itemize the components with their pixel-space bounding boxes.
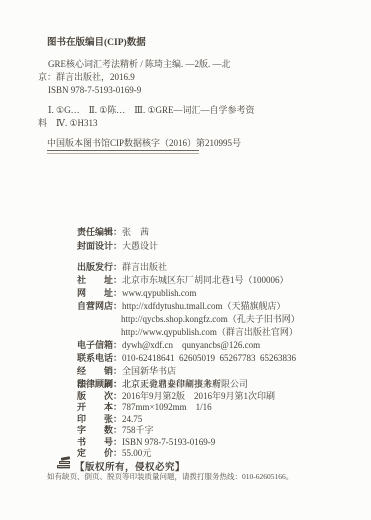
service-hotline-text: 如有缺页、倒页、脱页等印装质量问题，请拨打服务热线：010-62605166。: [0, 471, 371, 482]
publication-row: 出版发行： 群言出版社: [0, 261, 371, 274]
publication-row: 社 址： 北京市东城区东厂胡同北巷1号（100006）: [0, 274, 371, 287]
cip-isbn: ISBN 978-7-5193-0169-9: [0, 84, 371, 97]
field-value: http://www.qypublish.com（群言出版社官网）: [121, 326, 298, 339]
cip-class-line2: 料 Ⅳ. ①H313: [0, 117, 371, 130]
field-label: 电子信箱：: [77, 339, 122, 352]
cip-entry-line2: 京：群言出版社，2016.9: [0, 71, 371, 84]
printing-row: 印 张： 24.75: [0, 414, 371, 426]
double-rule: [47, 150, 199, 154]
credits-block: 责任编辑： 张 茜 封面设计： 大愚设计: [0, 225, 371, 253]
cip-heading: 图书在版编目(CIP)数据: [0, 34, 371, 48]
field-value: 758千字: [122, 425, 154, 437]
field-label: 版 次：: [77, 391, 122, 403]
field-label: 开 本：: [77, 402, 122, 414]
field-value: 全国新华书店: [122, 365, 176, 378]
publication-row: http://qycbs.shop.kongfz.com（孔夫子旧书网）: [0, 313, 371, 326]
printing-row: 字 数： 758千字: [0, 425, 371, 437]
credit-row: 责任编辑： 张 茜: [0, 225, 371, 239]
credit-value: 张 茜: [122, 225, 149, 239]
field-label: 书 号：: [77, 437, 122, 449]
field-value: 24.75: [122, 414, 142, 426]
field-label: 网 址：: [77, 287, 122, 300]
field-label: 印 刷：: [77, 379, 122, 391]
credit-label: 责任编辑：: [77, 225, 122, 239]
field-value: 010-62418641 62605019 65267783 65263836: [122, 352, 296, 365]
field-label: 印 张：: [77, 414, 122, 426]
publication-block: 出版发行： 群言出版社 社 址： 北京市东城区东厂胡同北巷1号（100006） …: [0, 261, 371, 391]
printing-row: 书 号： ISBN 978-7-5193-0169-9: [0, 437, 371, 449]
field-value: ISBN 978-7-5193-0169-9: [122, 437, 215, 449]
publication-row: 自营网店： http://xdfdytushu.tmall.com（天猫旗舰店）: [0, 300, 371, 313]
printing-block: 印 刷： 北京正合鼎业印刷技术有限公司 版 次： 2016年9月第2版 2016…: [0, 379, 371, 460]
field-label: 自营网店：: [77, 300, 122, 313]
printing-row: 印 刷： 北京正合鼎业印刷技术有限公司: [0, 379, 371, 391]
field-label: 联系电话：: [77, 352, 122, 365]
printing-row: 开 本： 787mm×1092mm 1/16: [0, 402, 371, 414]
publication-row: 电子信箱： dywh@xdf.cn qunyancbs@126.com: [0, 339, 371, 352]
publication-row: 联系电话： 010-62418641 62605019 65267783 652…: [0, 352, 371, 365]
field-value: 北京正合鼎业印刷技术有限公司: [122, 379, 248, 391]
field-value: dywh@xdf.cn qunyancbs@126.com: [122, 339, 260, 352]
field-label: 社 址：: [77, 274, 122, 287]
field-label: 经 销：: [77, 365, 122, 378]
credit-value: 大愚设计: [122, 239, 158, 253]
publication-row: 经 销： 全国新华书店: [0, 365, 371, 378]
publication-row: http://www.qypublish.com（群言出版社官网）: [0, 326, 371, 339]
field-value: 群言出版社: [122, 261, 167, 274]
credit-row: 封面设计： 大愚设计: [0, 239, 371, 253]
field-value: http://qycbs.shop.kongfz.com（孔夫子旧书网）: [121, 313, 300, 326]
field-value: www.qypublish.com: [122, 287, 196, 300]
field-value: 2016年9月第2版 2016年9月第1次印刷: [122, 391, 275, 403]
cip-classification: Ⅰ. ①G… Ⅱ. ①陈… Ⅲ. ①GRE—词汇—自学参考资 料 Ⅳ. ①H31…: [0, 104, 371, 130]
credit-label: 封面设计：: [77, 239, 122, 253]
cip-entry-line1: GRE核心词汇考法精析 / 陈琦主编. —2版. —北: [0, 58, 371, 71]
field-value: 787mm×1092mm 1/16: [122, 402, 212, 414]
field-value: http://xdfdytushu.tmall.com（天猫旗舰店）: [122, 300, 286, 313]
field-label: [77, 326, 121, 339]
printing-row: 版 次： 2016年9月第2版 2016年9月第1次印刷: [0, 391, 371, 403]
publication-row: 网 址： www.qypublish.com: [0, 287, 371, 300]
field-label: [77, 313, 121, 326]
cip-record-number: 中国版本图书馆CIP数据核字（2016）第210995号: [0, 136, 371, 149]
copyright-page: 图书在版编目(CIP)数据 GRE核心词汇考法精析 / 陈琦主编. —2版. —…: [0, 0, 371, 520]
field-label: 字 数：: [77, 425, 122, 437]
cip-class-line1: Ⅰ. ①G… Ⅱ. ①陈… Ⅲ. ①GRE—词汇—自学参考资: [0, 104, 371, 117]
field-label: 出版发行：: [77, 261, 122, 274]
field-value: 北京市东城区东厂胡同北巷1号（100006）: [122, 274, 289, 287]
cip-entry: GRE核心词汇考法精析 / 陈琦主编. —2版. —北 京：群言出版社，2016…: [0, 58, 371, 97]
